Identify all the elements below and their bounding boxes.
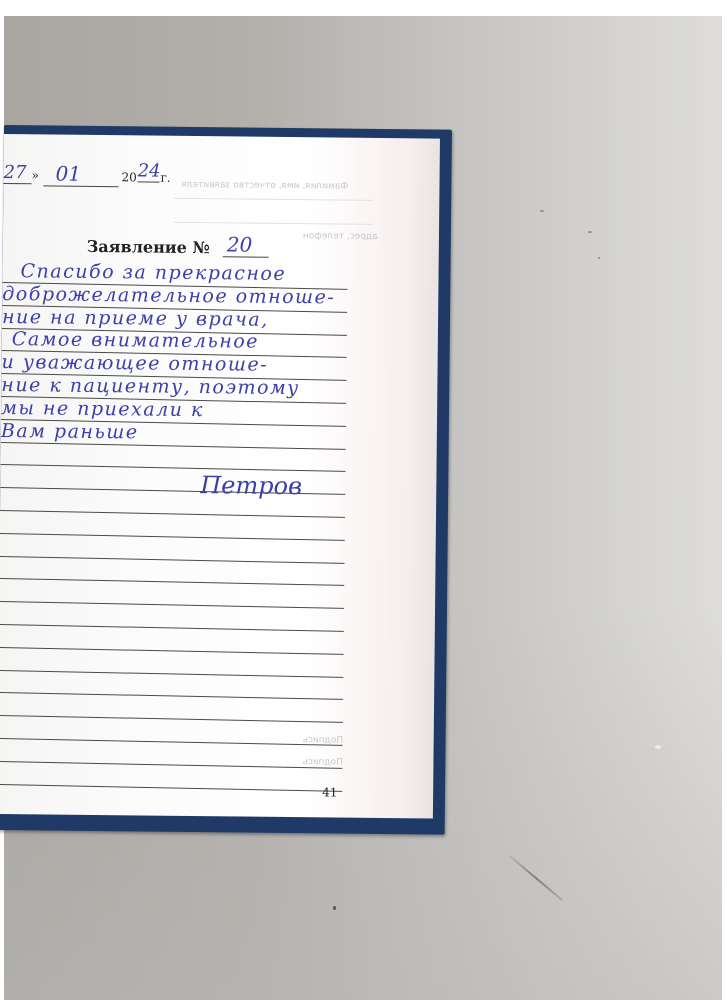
dust-speck [333,906,336,910]
handwritten-line: Спасибо за прекрасное [20,260,286,285]
ruled-line [0,784,342,792]
ruled-line [0,692,343,700]
handwritten-line: Вам раньше [1,420,139,443]
date-month: 01 [43,161,118,187]
ruled-line [0,601,344,609]
application-number: 20 [223,232,269,257]
ruled-line [0,715,343,723]
page-number: 41 [322,785,337,799]
ghost-print-label: Фамилия, имя, отчество заявителя [181,180,348,192]
ruled-line [0,647,344,655]
notebook-page: 27 » 01 20 24 г. Фамилия, имя, отчество … [0,134,440,819]
dust-speck [598,257,600,259]
date-year-mark: г. [160,171,170,185]
page-title: Заявление № [87,237,210,257]
signature: Петров [200,471,302,500]
ruled-line [0,556,345,564]
dust-speck [588,231,592,233]
handwritten-line: Самое внимательное [12,328,259,353]
dust-speck [540,210,544,212]
handwritten-line: доброжелательное отноше- [2,283,335,308]
ruled-line [0,533,345,541]
ghost-print-label: Подпись [302,757,343,767]
ruled-line [0,761,342,769]
handwritten-line: мы не приехали к [1,397,204,421]
ruled-line [0,578,344,586]
dust-speck [655,745,661,749]
ruled-line [0,624,344,632]
handwritten-line: и уважающее отноше- [1,351,268,376]
ruled-line [0,738,343,746]
ghost-rule [173,222,373,225]
ruled-line [0,670,343,678]
ghost-print-label: адрес, телефон [303,231,378,242]
handwritten-line: ние к пациенту, поэтому [1,374,300,399]
date-year-prefix: 20 [121,170,136,184]
handwritten-line: ние на приеме у врача, [2,306,269,331]
date-day: 27 [3,162,31,184]
date-close-quote: » [31,168,38,182]
ruled-line [1,442,346,450]
date-year-suffix: 24 [138,160,160,182]
ghost-rule [173,198,373,201]
ruled-line [0,510,345,518]
